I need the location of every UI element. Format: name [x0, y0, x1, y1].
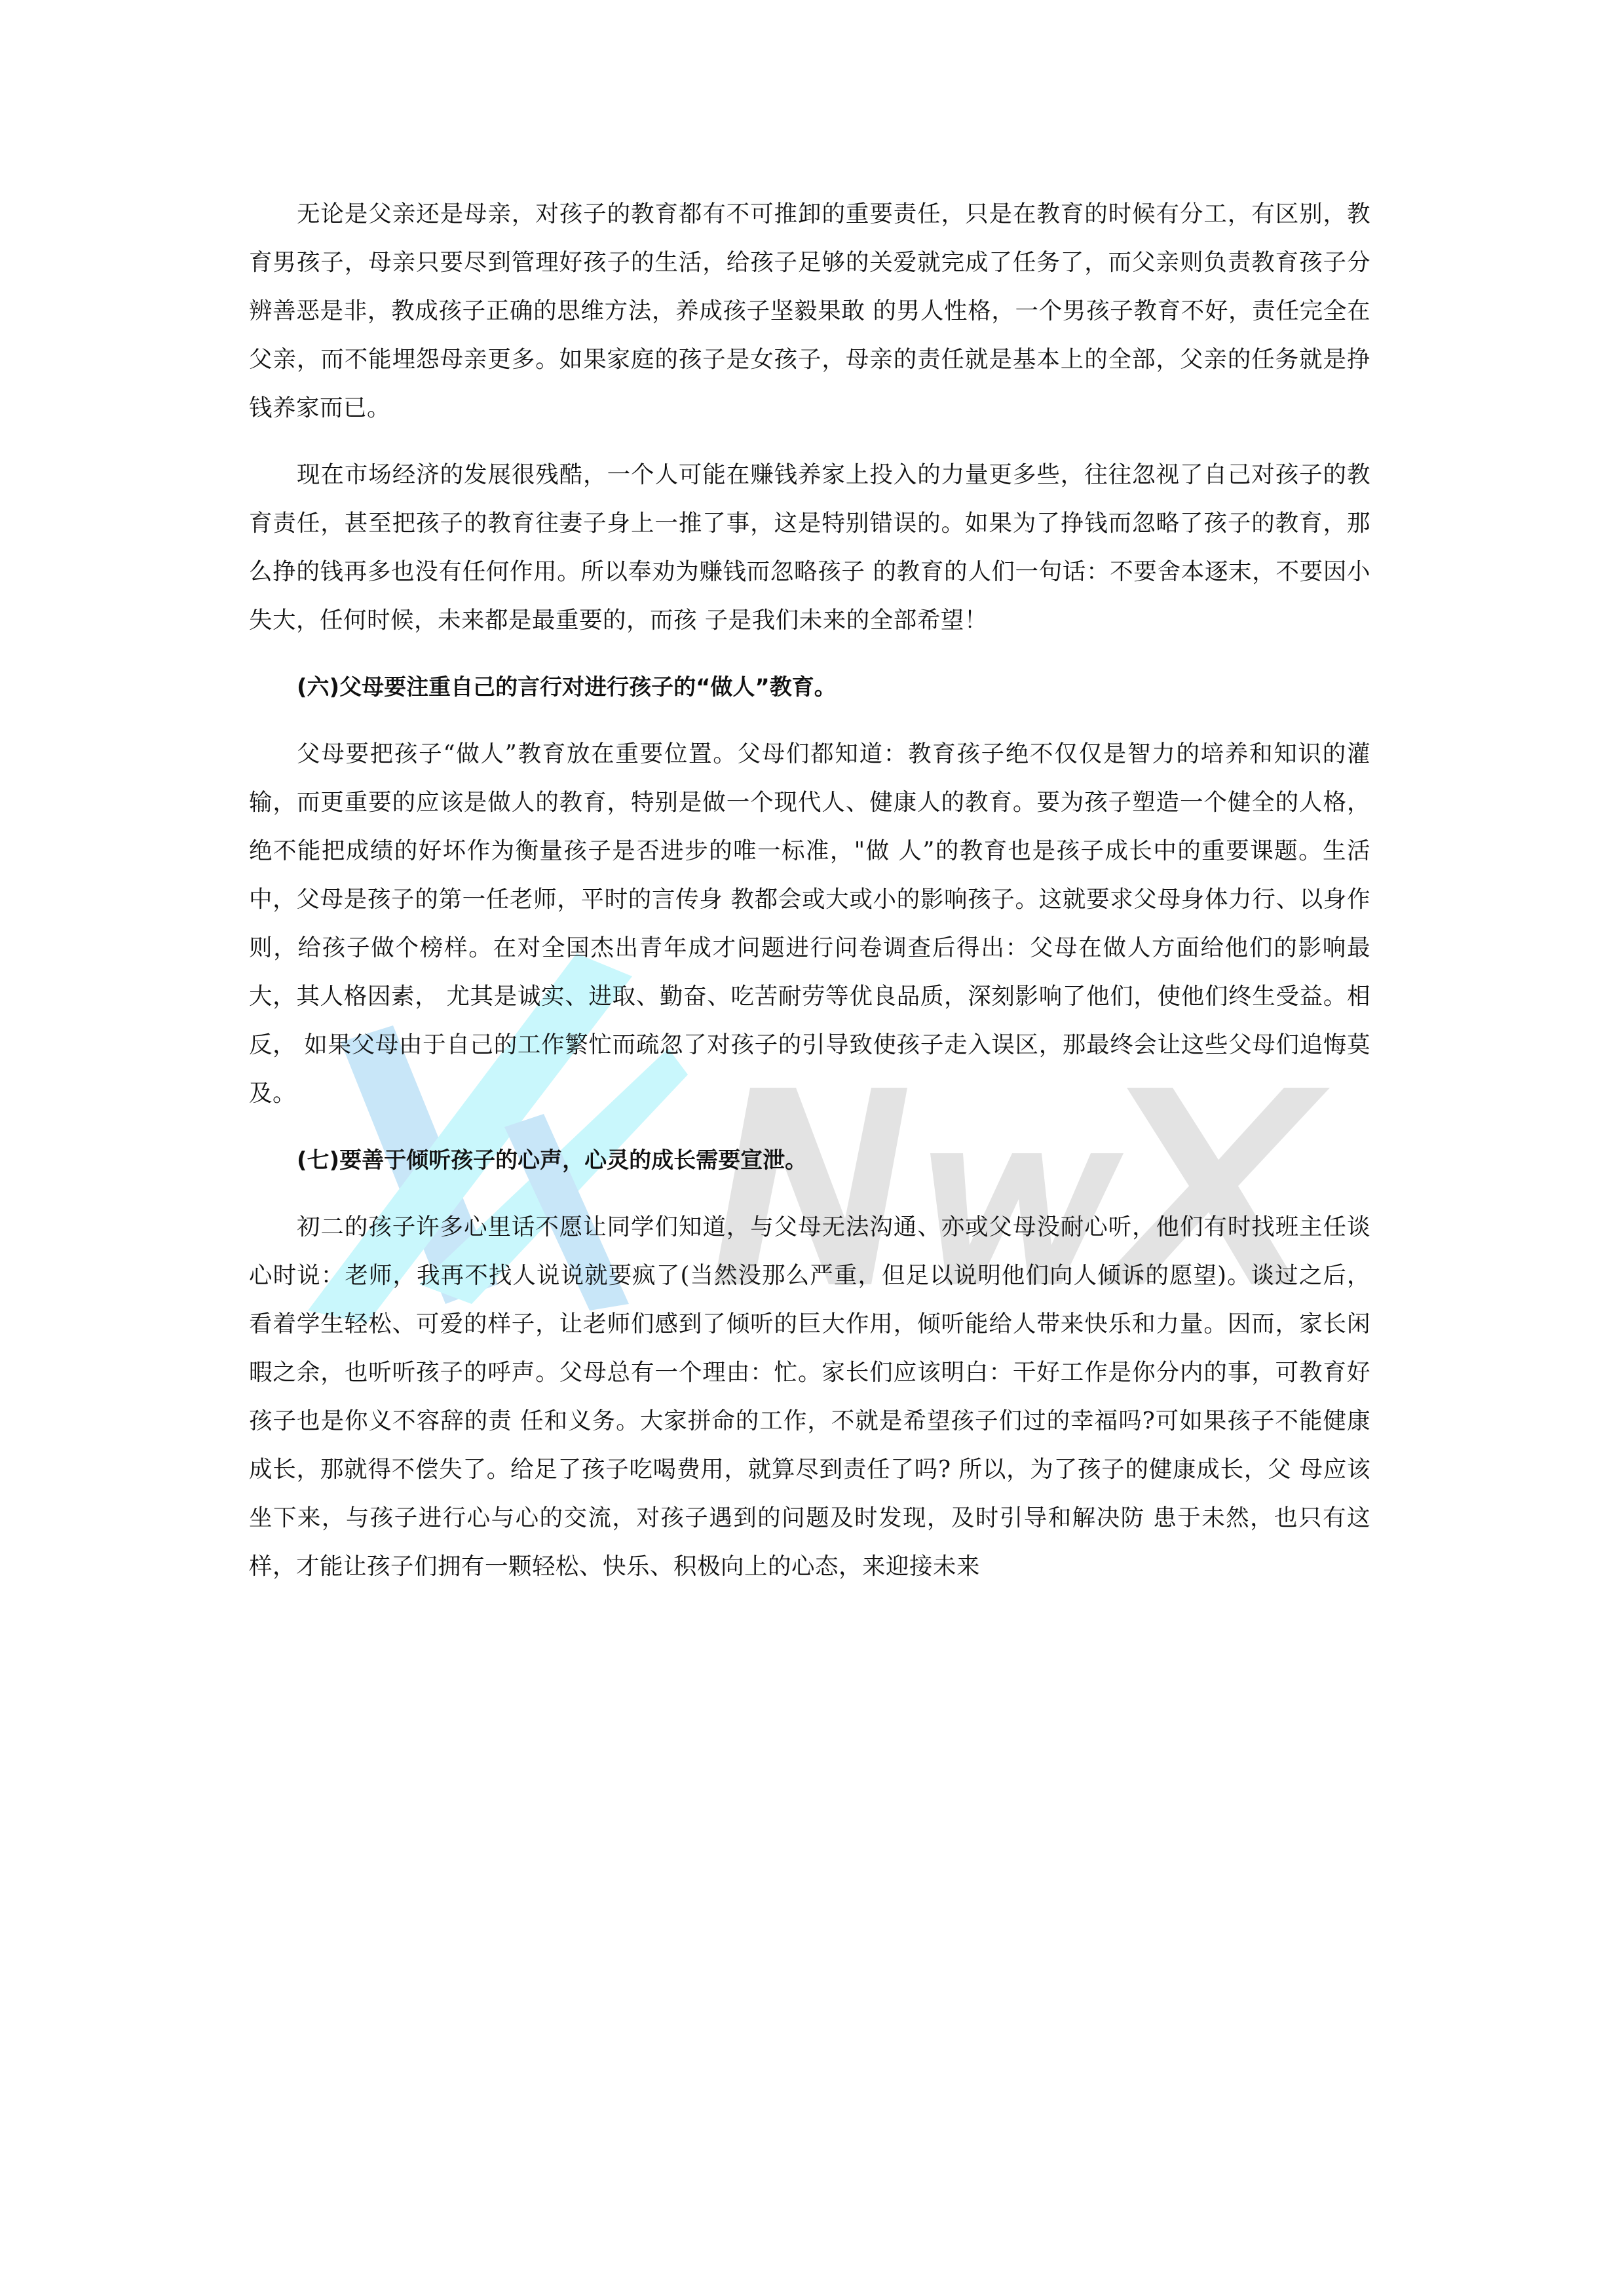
section-heading-6: (六)父母要注重自己的言行对进行孩子的“做人”教育。: [249, 663, 1370, 712]
paragraph-section-6: 父母要把孩子“做人”教育放在重要位置。父母们都知道：教育孩子绝不仅仅是智力的培养…: [249, 730, 1370, 1118]
paragraph-market-economy: 现在市场经济的发展很残酷，一个人可能在赚钱养家上投入的力量更多些，往往忽视了自己…: [249, 451, 1370, 645]
document-body: 无论是父亲还是母亲，对孩子的教育都有不可推卸的重要责任，只是在教育的时候有分工，…: [249, 190, 1370, 1609]
paragraph-parent-responsibility: 无论是父亲还是母亲，对孩子的教育都有不可推卸的重要责任，只是在教育的时候有分工，…: [249, 190, 1370, 432]
section-heading-7: (七)要善于倾听孩子的心声，心灵的成长需要宣泄。: [249, 1136, 1370, 1185]
paragraph-section-7: 初二的孩子许多心里话不愿让同学们知道，与父母无法沟通、亦或父母没耐心听，他们有时…: [249, 1203, 1370, 1591]
document-page: 无论是父亲还是母亲，对孩子的教育都有不可推卸的重要责任，只是在教育的时候有分工，…: [0, 0, 1624, 2296]
